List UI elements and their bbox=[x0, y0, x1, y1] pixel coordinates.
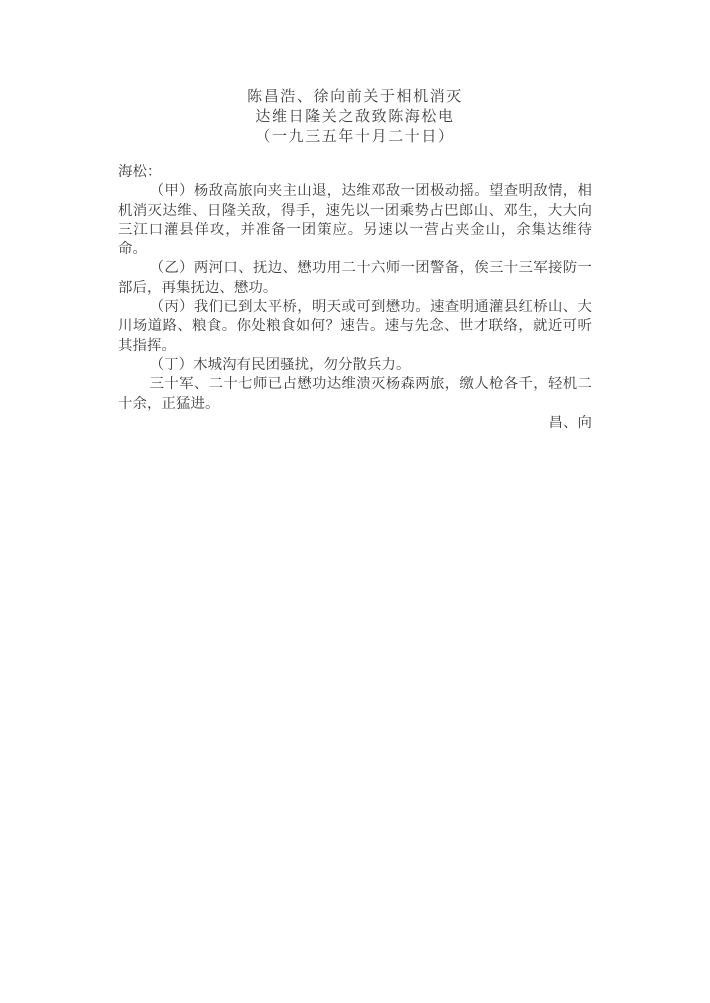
paragraph-bing: （丙）我们已到太平桥，明天或可到懋功。速查明通灌县红桥山、大川场道路、粮食。你处… bbox=[118, 298, 592, 356]
document-title: 陈昌浩、徐向前关于相机消灭 达维日隆关之敌致陈海松电 （一九三五年十月二十日） bbox=[118, 87, 592, 147]
document-page: 陈昌浩、徐向前关于相机消灭 达维日隆关之敌致陈海松电 （一九三五年十月二十日） … bbox=[0, 0, 710, 1003]
paragraph-closing: 三十军、二十七师已占懋功达维溃灭杨森两旅，缴人枪各千，轻机二十余，正猛进。 bbox=[118, 375, 592, 414]
document-content: 陈昌浩、徐向前关于相机消灭 达维日隆关之敌致陈海松电 （一九三五年十月二十日） … bbox=[118, 87, 592, 433]
document-body: 海松： （甲）杨敌高旅向夹主山退，达维邓敌一团极动摇。望查明敌情，相机消灭达维、… bbox=[118, 163, 592, 433]
salutation: 海松： bbox=[118, 163, 592, 182]
title-line-2: 达维日隆关之敌致陈海松电 bbox=[118, 107, 592, 127]
title-line-3: （一九三五年十月二十日） bbox=[118, 127, 592, 147]
paragraph-jia: （甲）杨敌高旅向夹主山退，达维邓敌一团极动摇。望查明敌情，相机消灭达维、日隆关敌… bbox=[118, 182, 592, 259]
paragraph-ding: （丁）木城沟有民团骚扰，勿分散兵力。 bbox=[118, 356, 592, 375]
signature: 昌、向 bbox=[118, 414, 592, 433]
paragraph-yi: （乙）两河口、抚边、懋功用二十六师一团警备，俟三十三军接防一部后，再集抚边、懋功… bbox=[118, 259, 592, 298]
title-line-1: 陈昌浩、徐向前关于相机消灭 bbox=[118, 87, 592, 107]
